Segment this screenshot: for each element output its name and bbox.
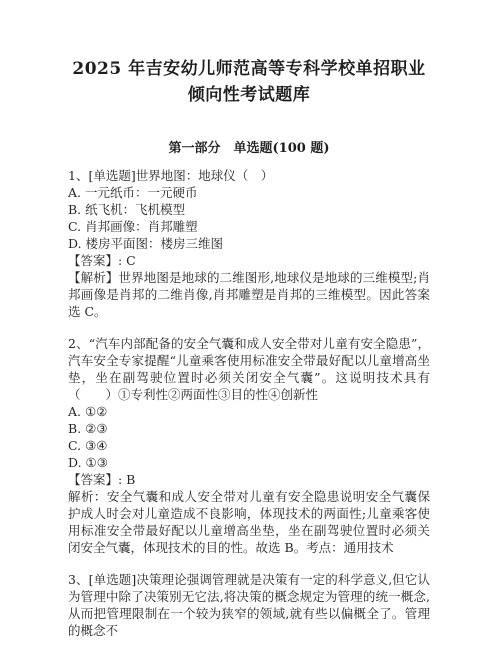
- question-2-option-d: D. ①③: [68, 454, 430, 471]
- document-page: 2025 年吉安幼儿师范高等专科学校单招职业倾向性考试题库 第一部分 单选题(1…: [0, 0, 500, 647]
- question-2: 2、“汽车内部配备的安全气囊和成人安全带对儿童有安全隐患”，汽车安全专家提醒“儿…: [68, 335, 430, 556]
- question-1-stem: 1、[单选题]世界地图：地球仪（ ）: [68, 167, 430, 184]
- document-title: 2025 年吉安幼儿师范高等专科学校单招职业倾向性考试题库: [68, 56, 430, 108]
- question-1-option-b: B. 纸飞机：飞机模型: [68, 201, 430, 218]
- question-1: 1、[单选题]世界地图：地球仪（ ） A. 一元纸币：一元硬币 B. 纸飞机：飞…: [68, 167, 430, 320]
- question-2-stem: 2、“汽车内部配备的安全气囊和成人安全带对儿童有安全隐患”，汽车安全专家提醒“儿…: [68, 335, 430, 403]
- question-1-option-c: C. 肖邦画像：肖邦雕塑: [68, 218, 430, 235]
- question-2-option-a: A. ①②: [68, 403, 430, 420]
- section-heading: 第一部分 单选题(100 题): [68, 137, 430, 156]
- question-2-option-c: C. ③④: [68, 437, 430, 454]
- question-2-analysis: 解析：安全气囊和成人安全带对儿童有安全隐患说明安全气囊保护成人时会对儿童造成不良…: [68, 488, 430, 556]
- question-1-answer: 【答案】: C: [68, 252, 430, 269]
- question-2-answer: 【答案】: B: [68, 471, 430, 488]
- question-1-option-a: A. 一元纸币：一元硬币: [68, 184, 430, 201]
- question-1-option-d: D. 楼房平面图：楼房三维图: [68, 235, 430, 252]
- question-2-option-b: B. ②③: [68, 420, 430, 437]
- question-3: 3、[单选题]决策理论强调管理就是决策有一定的科学意义,但它认为管理中除了决策别…: [68, 571, 430, 639]
- question-1-analysis: 【解析】世界地图是地球的二维图形,地球仪是地球的三维模型;肖邦画像是肖邦的二维肖…: [68, 269, 430, 320]
- question-3-stem: 3、[单选题]决策理论强调管理就是决策有一定的科学意义,但它认为管理中除了决策别…: [68, 571, 430, 639]
